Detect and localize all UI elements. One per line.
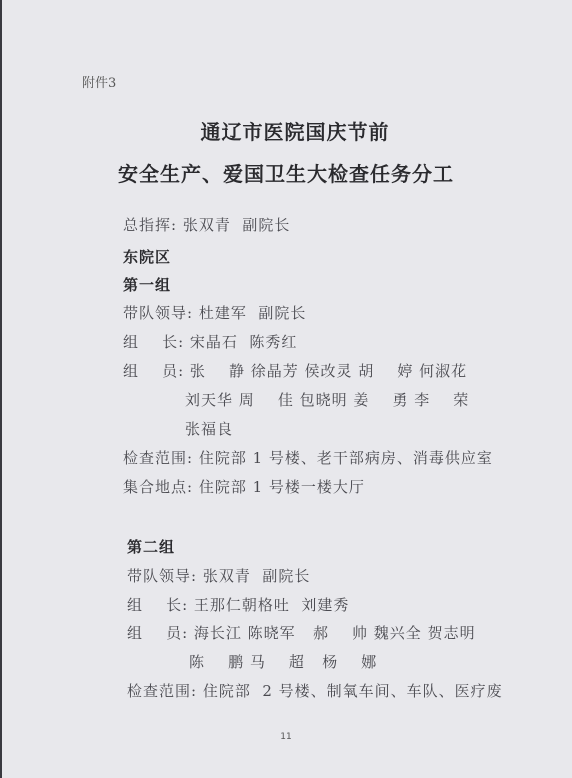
- group-1-members-line1: 组 员: 张 静 徐晶芳 侯改灵 胡 婷 何淑花: [123, 360, 467, 381]
- group-1-members-line2: 刘天华 周 佳 包晓明 姜 勇 李 荣: [185, 389, 469, 410]
- commander-line: 总指挥: 张双青 副院长: [123, 214, 290, 235]
- group-2-heading: 第二组: [127, 536, 175, 557]
- document-title-line2: 安全生产、爱国卫生大检查任务分工: [0, 158, 572, 187]
- group-1-head: 组 长: 宋晶石 陈秀红: [123, 331, 297, 352]
- group-1-scope: 检查范围: 住院部 1 号楼、老干部病房、消毒供应室: [123, 447, 493, 468]
- group-2-members-line1: 组 员: 海长江 陈晓军 郝 帅 魏兴全 贺志明: [127, 622, 476, 643]
- document-title-line1: 通辽市医院国庆节前: [9, 116, 572, 145]
- group-2-members-line2: 陈 鹏 马 超 杨 娜: [189, 651, 377, 672]
- group-2-head: 组 长: 王那仁朝格吐 刘建秀: [127, 594, 349, 615]
- group-1-heading: 第一组: [123, 274, 171, 295]
- group-1-members-line3: 张福良: [185, 418, 233, 439]
- group-1-meeting-point: 集合地点: 住院部 1 号楼一楼大厅: [123, 476, 365, 497]
- group-1-leader: 带队领导: 杜建军 副院长: [123, 302, 306, 323]
- attachment-label: 附件3: [82, 72, 116, 91]
- document-page: 附件3 通辽市医院国庆节前 安全生产、爱国卫生大检查任务分工 总指挥: 张双青 …: [0, 0, 572, 778]
- page-number: 11: [0, 732, 572, 742]
- district-heading: 东院区: [123, 246, 171, 267]
- group-2-leader: 带队领导: 张双青 副院长: [127, 565, 310, 586]
- group-2-scope: 检查范围: 住院部 2 号楼、制氧车间、车队、医疗废: [127, 680, 503, 701]
